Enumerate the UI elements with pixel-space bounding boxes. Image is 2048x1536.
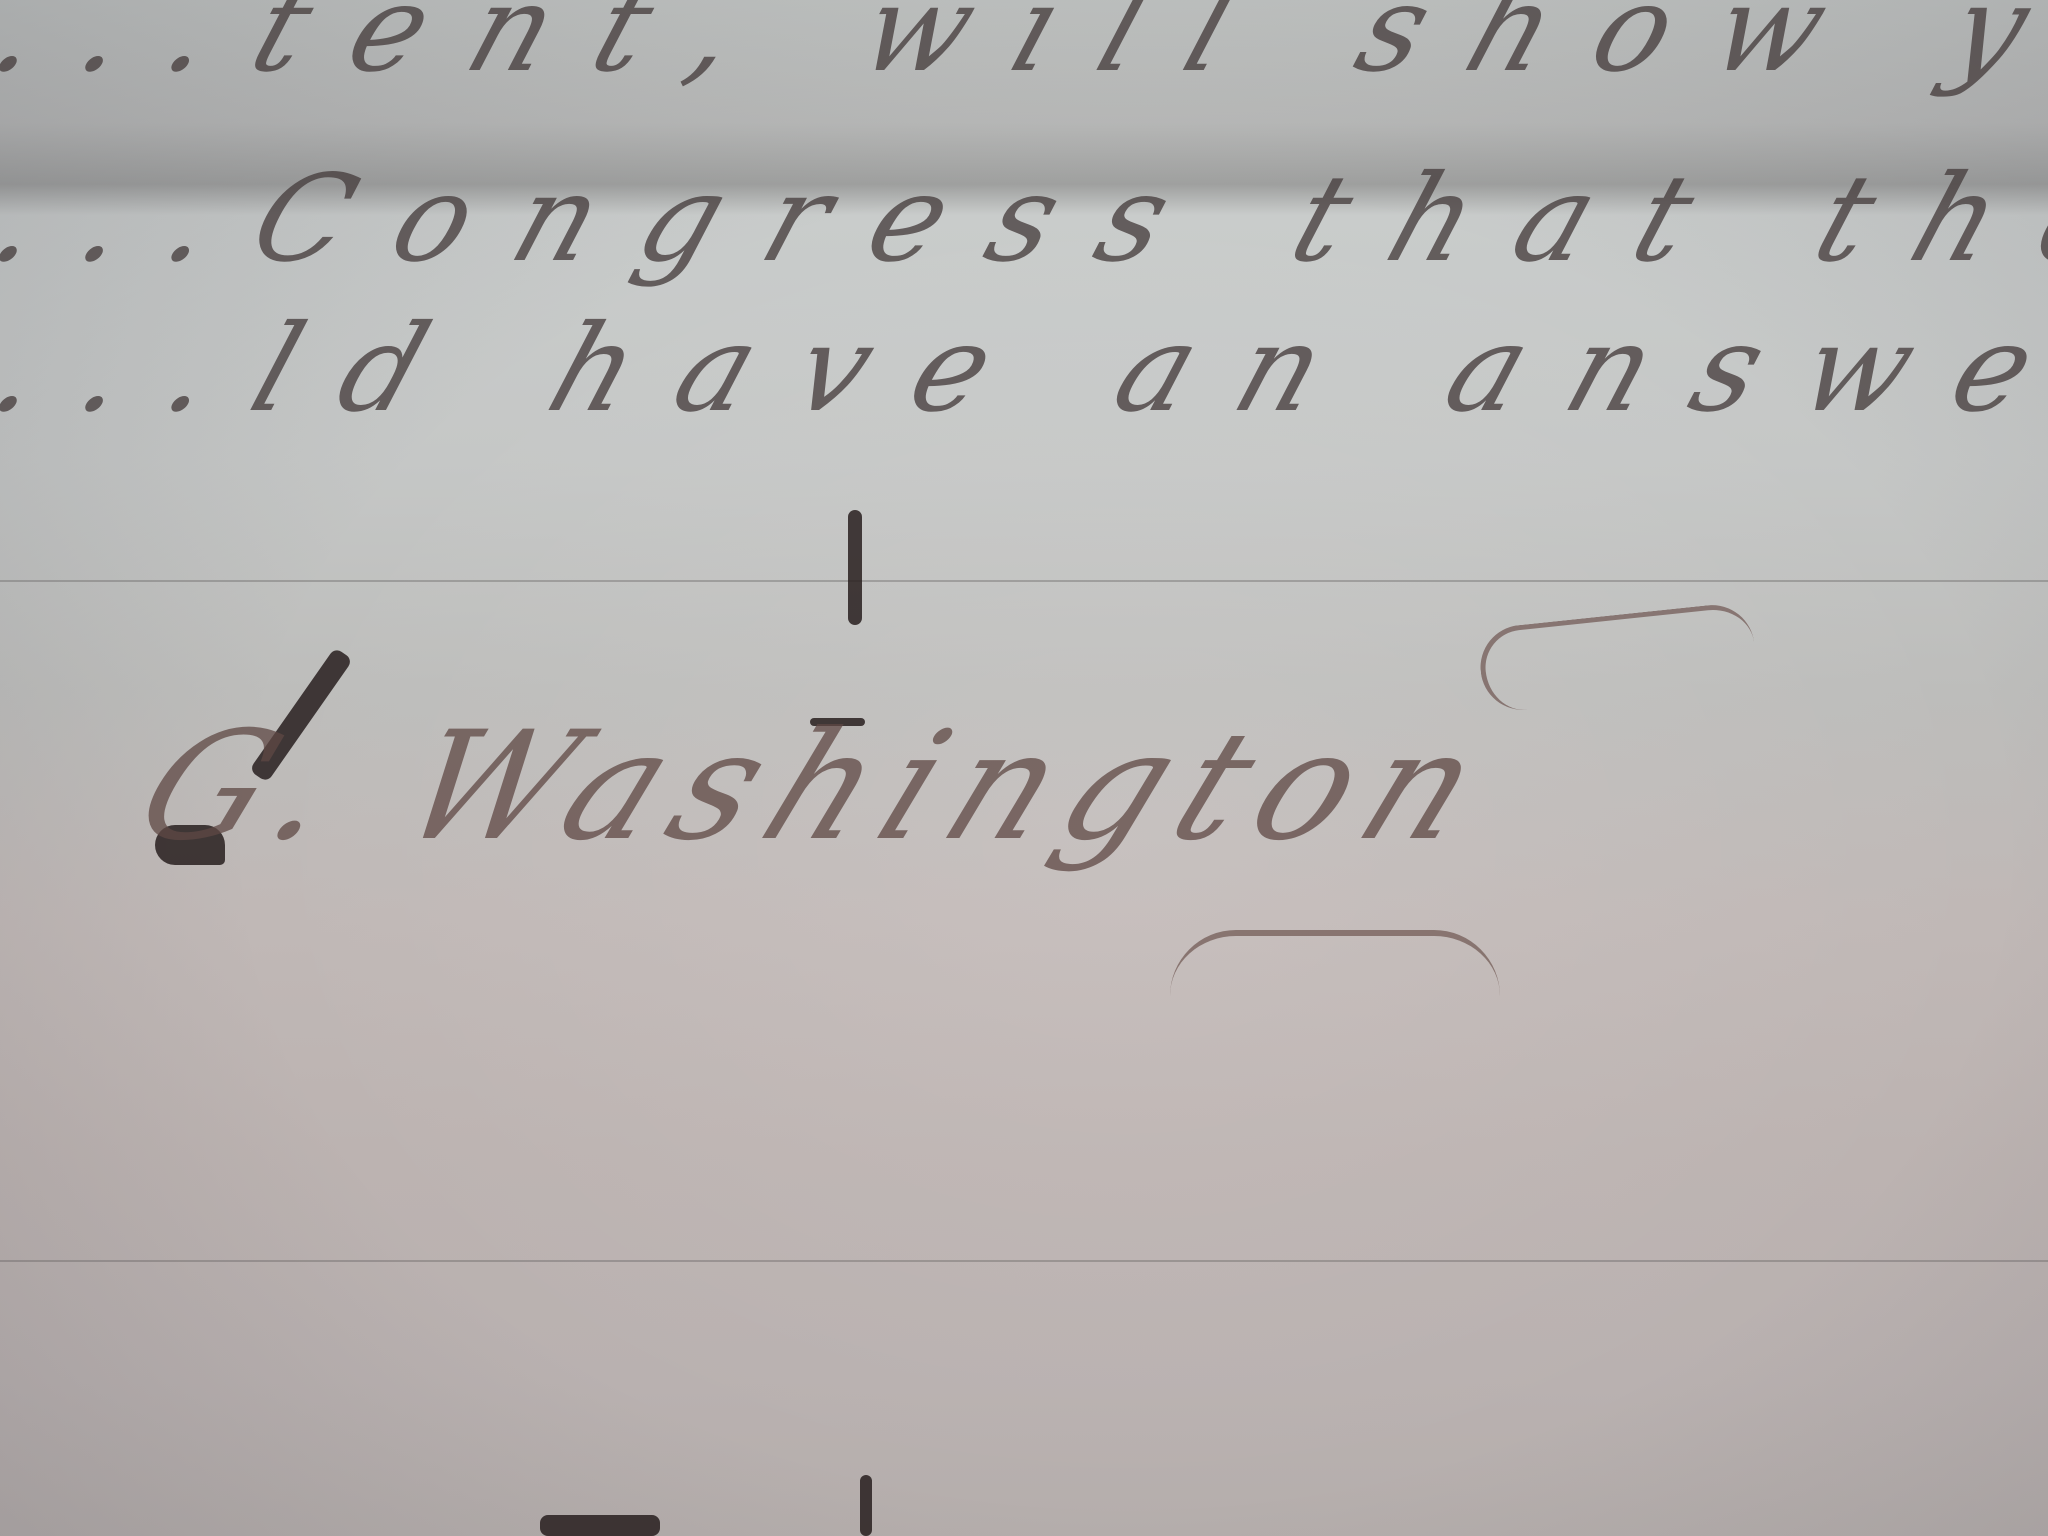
text-line-1: ...tent, will show you	[0, 0, 2048, 99]
text-line-3: ...ld have an answer	[0, 300, 2048, 439]
paper-fold-line	[0, 580, 2048, 582]
text-line-2: ...Congress that the	[0, 150, 2048, 289]
ink-mark	[848, 510, 862, 625]
ink-mark	[860, 1475, 872, 1536]
signature: G. Washington	[115, 700, 1521, 874]
paper-fold-line	[0, 1260, 2048, 1262]
signature-underline-flourish	[1170, 930, 1500, 996]
ink-mark	[540, 1515, 660, 1536]
